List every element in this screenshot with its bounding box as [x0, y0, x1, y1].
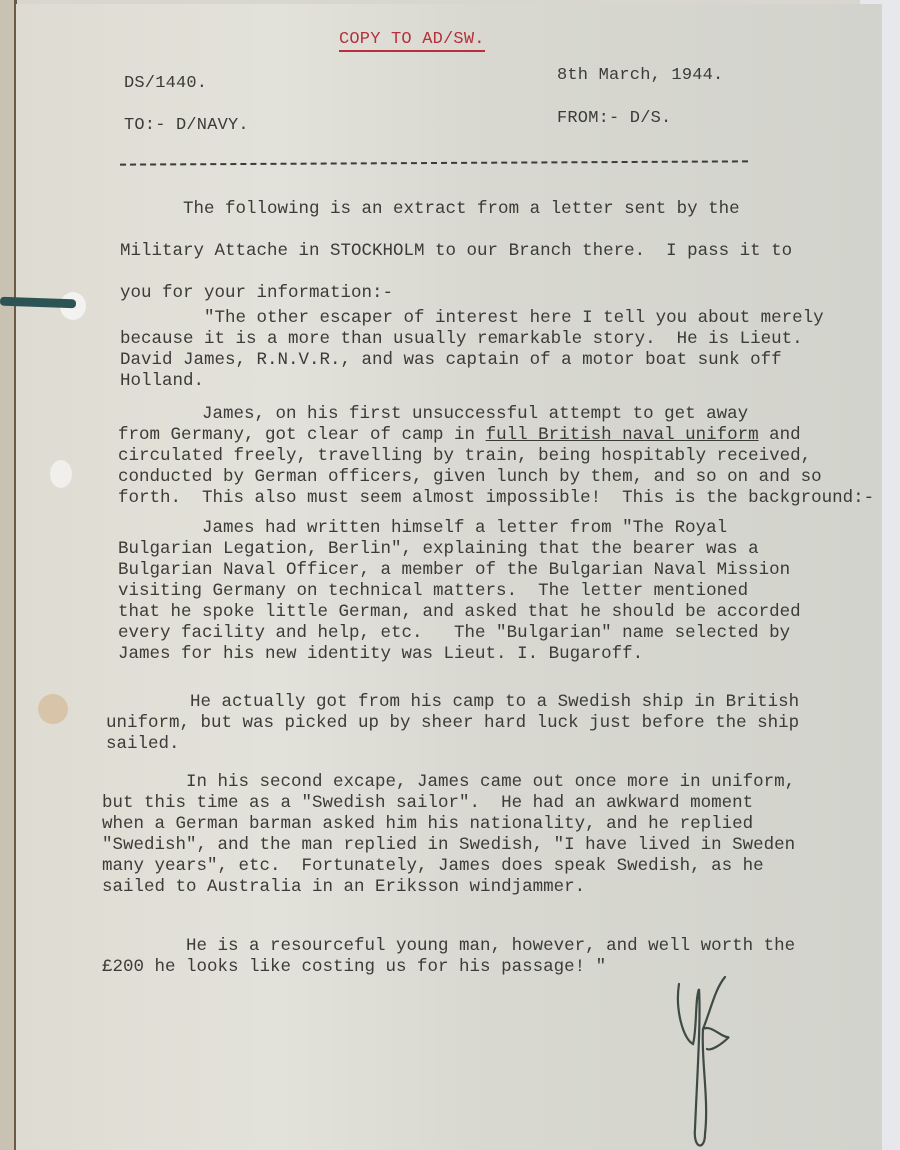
signature-initials [671, 969, 751, 1150]
recipient: TO:- D/NAVY. [124, 116, 249, 135]
punch-hole [38, 694, 68, 724]
header-divider [120, 160, 748, 165]
quote-paragraph-1: "The other escaper of interest here I te… [120, 308, 824, 392]
intro-paragraph: The following is an extract from a lette… [120, 188, 792, 314]
document-date: 8th March, 1944. [557, 66, 723, 85]
quote-paragraph-3: James had written himself a letter from … [118, 518, 801, 665]
sender: FROM:- D/S. [557, 109, 671, 128]
file-binder-edge [0, 0, 17, 1150]
quote-paragraph-2: James, on his first unsuccessful attempt… [118, 404, 874, 509]
underlined-phrase: full British naval uniform [486, 425, 759, 445]
quote-paragraph-4: He actually got from his camp to a Swedi… [106, 692, 799, 755]
copy-notice: COPY TO AD/SW. [339, 30, 485, 52]
document-page: COPY TO AD/SW. DS/1440. 8th March, 1944.… [16, 4, 882, 1150]
quote-paragraph-5: In his second excape, James came out onc… [102, 772, 795, 898]
reference-number: DS/1440. [124, 74, 207, 93]
torn-punch-hole [50, 460, 72, 488]
